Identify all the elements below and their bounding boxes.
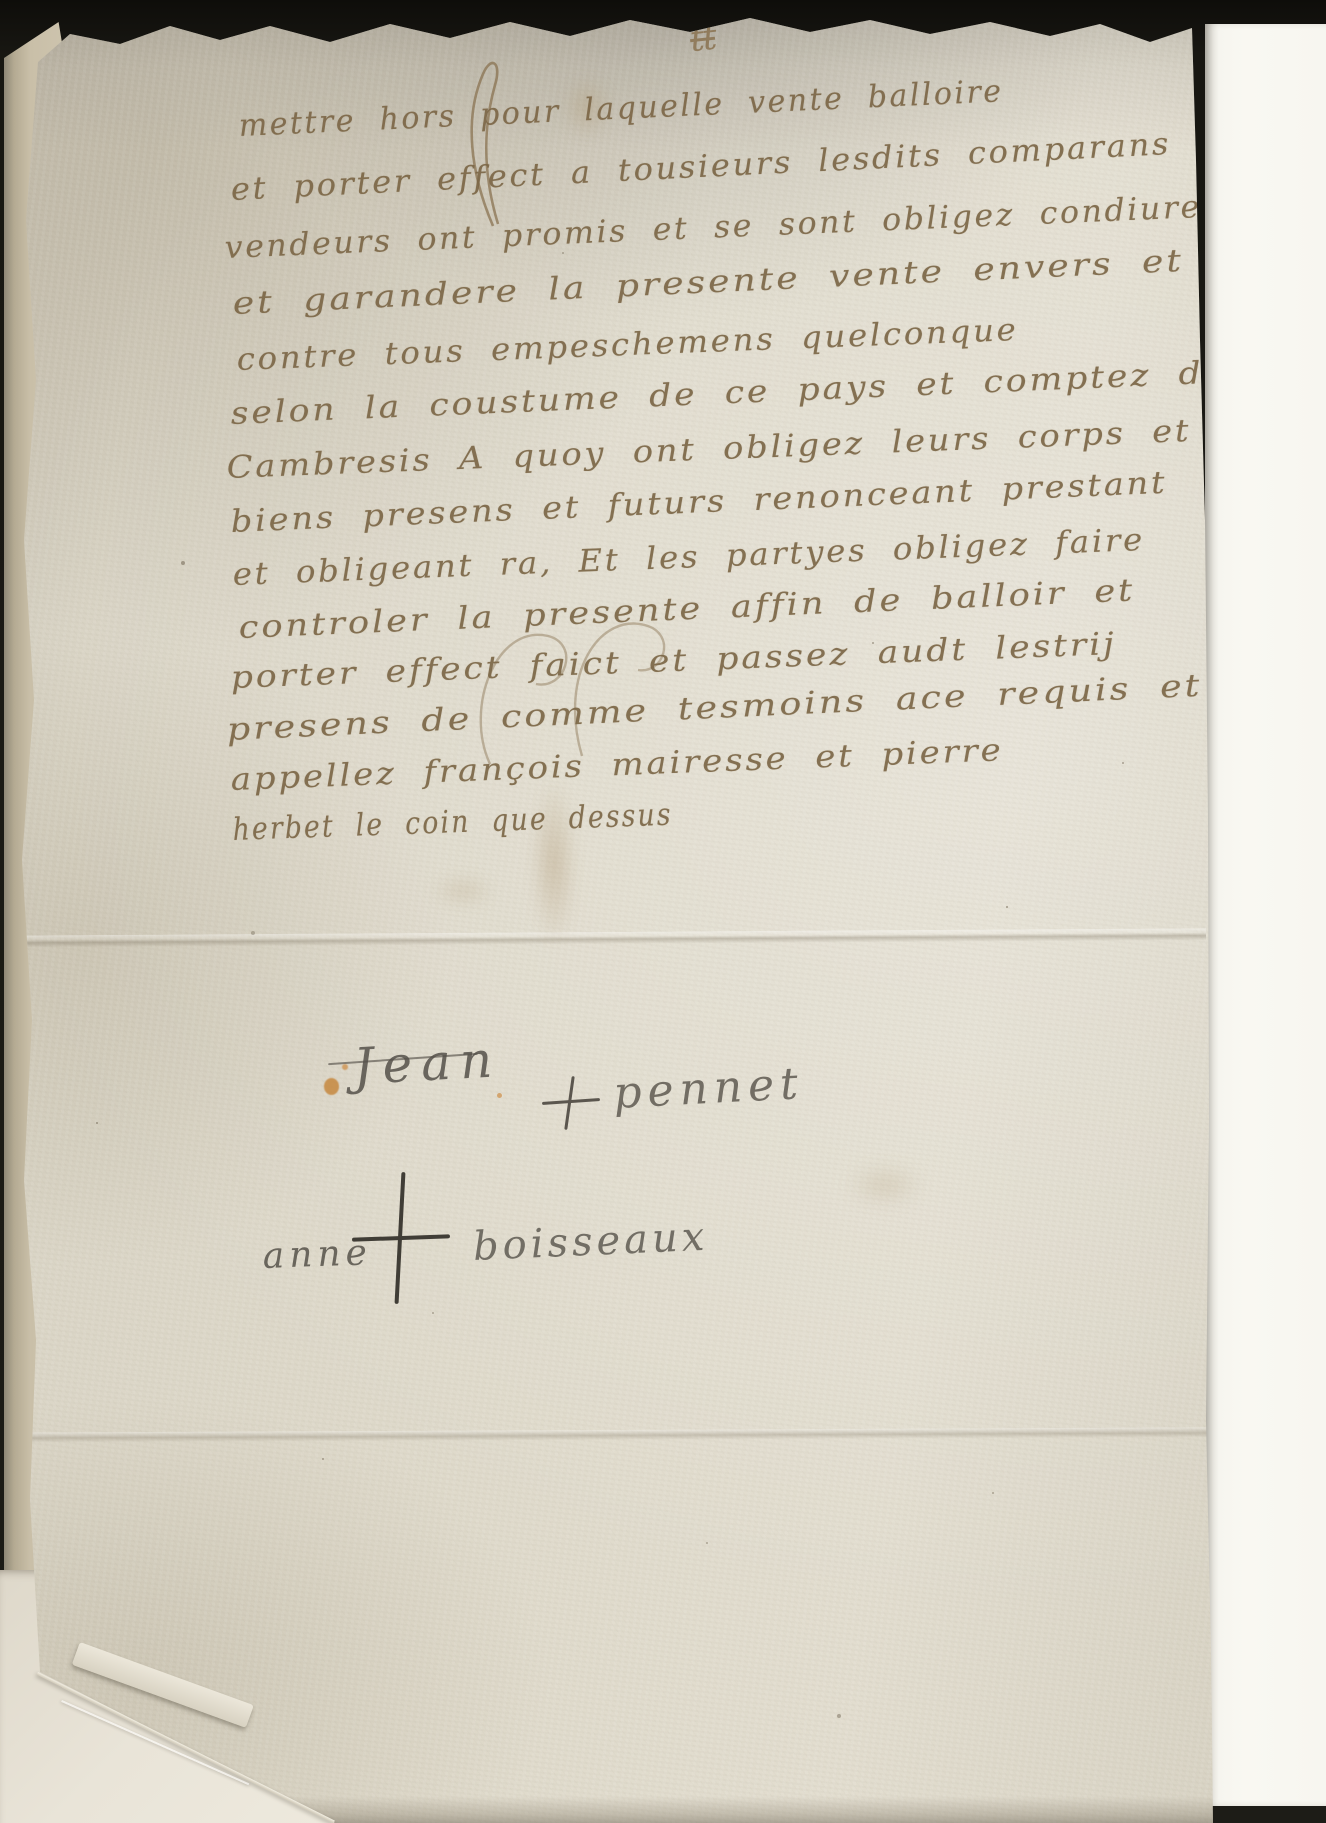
signature-surname: pennet bbox=[612, 1058, 805, 1119]
rust-spot bbox=[324, 1078, 339, 1095]
top-docket-mark: tt bbox=[688, 17, 717, 60]
signature-surname: boisseaux bbox=[472, 1214, 709, 1270]
signature-given-name: Jean bbox=[352, 1030, 502, 1096]
paper-sheet: tt mettre hors pour laquelle vente ballo… bbox=[0, 0, 1326, 1823]
signature-cross-mark bbox=[542, 1098, 600, 1105]
faint-stain bbox=[418, 868, 508, 914]
rust-spot-small bbox=[342, 1064, 348, 1070]
manuscript-line: herbet le coin que dessus bbox=[232, 797, 673, 848]
paper-specks bbox=[0, 0, 2, 2]
rust-spot-tiny bbox=[497, 1093, 502, 1098]
backing-sheet bbox=[1205, 24, 1326, 1806]
scanned-manuscript-page: tt mettre hors pour laquelle vente ballo… bbox=[0, 0, 1326, 1823]
fold-crease-upper bbox=[10, 928, 1206, 947]
faint-stain bbox=[830, 1155, 940, 1215]
fold-crease-lower bbox=[8, 1427, 1208, 1442]
